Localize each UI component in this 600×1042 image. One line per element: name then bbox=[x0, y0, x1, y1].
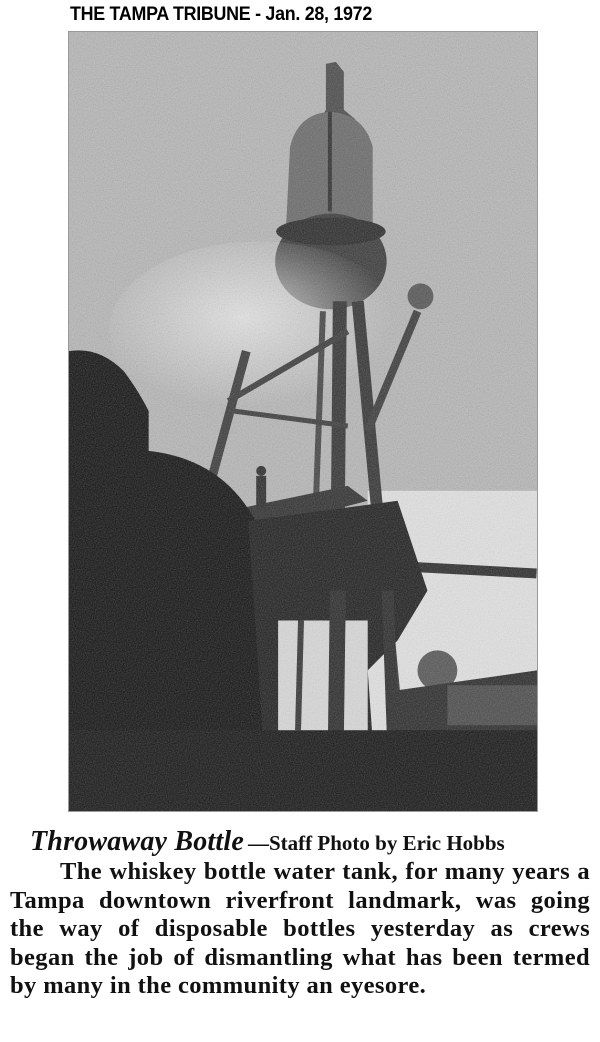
photo-credit: —Staff Photo by Eric Hobbs bbox=[248, 831, 505, 855]
caption-body: The whiskey bottle water tank, for many … bbox=[10, 858, 590, 1001]
caption-header: Throwaway Bottle —Staff Photo by Eric Ho… bbox=[30, 826, 590, 858]
caption-paragraph: The whiskey bottle water tank, for many … bbox=[10, 858, 590, 1001]
news-photo bbox=[68, 31, 538, 812]
caption-title: Throwaway Bottle bbox=[30, 826, 244, 857]
water-tower-photo-illustration bbox=[69, 32, 537, 811]
masthead: THE TAMPA TRIBUNE - Jan. 28, 1972 bbox=[70, 4, 521, 26]
